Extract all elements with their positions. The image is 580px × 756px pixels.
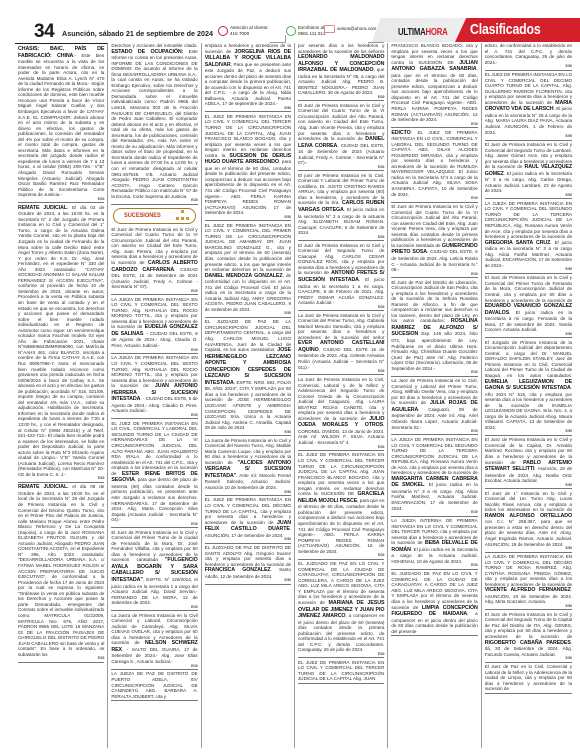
contact-label: Atención al cliente: [230, 25, 269, 30]
notice-code: E/30 [111, 349, 197, 352]
notice-subject: MARIANA DE JESUS OVELAR DE JIMENEZ Y JUA… [298, 600, 384, 619]
notice-subject: REMATE JUDICIAL. [18, 484, 68, 490]
notice-code: E/30 [485, 194, 572, 197]
whatsapp-contact: Escribinos al0981 111 013 [286, 25, 325, 36]
legal-notice: EDICTO: EL JUEZ DE PRIMERA INSTANCIA EN … [391, 130, 477, 203]
legal-notice: El Juez de Paz del Distrito de Liberació… [391, 280, 477, 377]
notice-subject: DANIEL MENDOZA GONZALEZ [205, 273, 283, 279]
notice-subject: PABLO ARTEMIO STEWART SELLITTI [485, 460, 572, 473]
notice-subject: EUMELIA LEGUIZAMON DE GAONA S/ SUCESIÓN … [485, 379, 572, 392]
notice-code: E/30 [205, 431, 291, 434]
legal-notice: EL JUZGADO DE PAZ EN LO CIVIL Y COMERCIA… [298, 561, 384, 658]
notice-subject: BEBA DELVALLE DE ROMÁN [391, 540, 477, 553]
column-2: Derechos y Acciones del inmueble citado.… [108, 43, 201, 748]
legal-notice: La Juez de Primera Instancia en lo Civil… [298, 377, 384, 451]
notice-subject: RAMON ALFONSO ORTELLADO [485, 513, 572, 519]
notice-code: E/30 [298, 306, 384, 309]
notice-subject: REMATE JUDICIAL [18, 205, 67, 211]
legal-notice: EL JUEZ DE PRIMERA INSTANCIA EN LO CIVIL… [111, 421, 197, 528]
notice-subject: ESTER IRENE BRITOS DE SEGOVIA [111, 471, 197, 484]
legal-notice: EL JUEZ DE PRIMERA INSTANCIA EN LO CIVIL… [298, 452, 384, 559]
notice-subject: GRACIELA NELIDA MOJOLI PESCE [298, 491, 384, 504]
legal-notice: El Juez de Paz en lo Civil, Comercial y … [485, 664, 572, 694]
notice-code: E/30 [485, 657, 572, 660]
notice-subject: GREGORIA SANTA CRUZ [485, 240, 551, 246]
notice-code: E/30 [205, 579, 291, 582]
legal-notice: EL JUZGADO DE PAZ DE LA CIRCUNSCRIPCIÓN … [205, 319, 291, 436]
classifieds-columns: CHASIS: BAIC, PAÍS DE FABRICACIÓ: CHINA.… [15, 43, 575, 748]
notice-subject: NELSON SCHWERZ REX [111, 640, 197, 653]
legal-notice: LA JUEZA DE PRIMERA INSTANCIA EN LO CIVI… [111, 355, 197, 419]
notice-code: E/30 [298, 554, 384, 557]
notice-subject: MARIA CROVATO VDA DE LARSCH [485, 100, 572, 113]
legal-notice: LA JUEZA DE PRIMERA INSTANCIA EN LO CIVI… [111, 297, 197, 354]
legal-notice: El Juez de Primera Instancia en lo Civil… [485, 142, 572, 199]
legal-notice: EL JUEZ DE PRIMERA INSTANCIA EN LO CIVIL… [205, 223, 291, 318]
notice-code: E/30 [111, 290, 197, 293]
notice-code: E/30 [485, 333, 572, 336]
notice-subject: RAUL VELAZQUEZ GOMEZ [485, 164, 572, 177]
notice-code: E/30 [391, 564, 477, 567]
page-number: 34 [34, 24, 54, 40]
legal-notice: EL JUZGADO DE PAZ DE DISTRITO DE SANTO A… [205, 545, 291, 585]
notice-code: E/30 [205, 107, 291, 110]
notice-code: E/30 [391, 430, 477, 433]
legal-notice: El Juez de 1° Instancia en lo Civil y Co… [485, 491, 572, 553]
legal-notice: El Juez de Primera Instancia en lo Civil… [111, 227, 197, 295]
page-header: 34 Asunción, sábado 21 de septiembre de … [0, 0, 580, 40]
notice-subject: ESTADO DE OCUPACIÓN: [111, 49, 183, 55]
notice-code: E/30 [18, 477, 104, 480]
notice-code: E/30 [485, 135, 572, 138]
notice-subject: JULIA ROJAS DE AGUILERA [391, 400, 477, 413]
notice-subject: RIGOBERTO CABAÑA PAREDES [485, 640, 571, 646]
phone-number[interactable]: 415 7000 [230, 31, 249, 36]
notice-code: E/30 [205, 216, 291, 219]
notice-subject: "ALCIDES ANTONIO VERGARA S/ SUCESION INT… [205, 460, 291, 479]
notice-code: E/30 [485, 430, 572, 433]
notice-code: E/30 [111, 606, 197, 609]
legal-notice: por sesenta días a los herederos y acree… [298, 43, 384, 101]
notice-code: E/30 [111, 665, 197, 668]
whatsapp-icon [286, 26, 296, 36]
legal-notice: LA JUEZA DE PAZ DE DISTRITO DE PUERTO AD… [111, 671, 197, 701]
legal-notice: Derechos y Acciones del inmueble citado.… [111, 43, 197, 205]
legal-notice: EL JUZGADO DE PAZ EN LO CIVIL Y COMERCIA… [391, 571, 477, 636]
notice-subject: JULIAN ANTONIO GABAZZA SANABRIA [391, 60, 477, 73]
legal-notice: EL JUEZ DE PRIMERA INSTANCIA EN LO CIVIL… [485, 72, 572, 140]
notice-code: E/30 [18, 657, 104, 660]
legal-notice: El Juez de Primera Instancia en lo Civil… [485, 275, 572, 338]
divider [270, 35, 286, 43]
column-1: CHASIS: BAIC, PAÍS DE FABRICACIÓ: CHINA.… [15, 43, 108, 748]
notice-subject: ANTONIO FRETES S/ SUCESIÓN INTESTADA [298, 270, 384, 283]
legal-notice: El juez de Primera Instancia en lo Civil… [298, 173, 384, 241]
notice-code: E/30 [391, 511, 477, 514]
notice-subject: VICENTE ALFREDO FERNANDEZ [485, 587, 571, 593]
notice-code: E/30 [298, 370, 384, 373]
legal-notice: CHASIS: BAIC, PAÍS DE FABRICACIÓ: CHINA.… [18, 46, 104, 203]
notice-subject: SUCESION DE DERLIS HUGO DUARTE ARREDONDO [205, 153, 291, 166]
notice-code: E/30 [391, 371, 477, 374]
legal-notice: LA JUEZA INTERINA DE PRIMERA INSTANCIA E… [391, 518, 477, 570]
legal-notice: EL JUEZ DE PRIMERA INSTANCIA EN LO CIVIL… [298, 660, 384, 684]
section-badge-sucesiones: SUCESIONES [113, 208, 195, 224]
notice-code: E/30 [485, 65, 572, 68]
notice-subject: JULIO OJEDA MORALES Y OTROS [298, 416, 384, 429]
email-icon [324, 25, 335, 33]
column-6: edicto, de conformidad a lo establecido … [482, 43, 575, 748]
legal-notice: REMATE JUDICIAL: El día 03 de Octubre de… [18, 205, 104, 483]
notice-subject: JORGELINA RIOS DE VILLALBA Y ROQUE VILLA… [205, 49, 291, 68]
email-address[interactable]: avisos@uhora.com.py [337, 26, 383, 31]
notice-code: E/30 [485, 484, 572, 487]
notice-subject: LIMPIA CONCEPCIÓN FIGUEREDO DE MAIDANA [391, 605, 477, 618]
notice-code: E/30 [111, 523, 197, 526]
notice-subject: EVER ANTONIO CASTELLANI AQUINO [298, 340, 384, 353]
newspaper-logo: ULTIMAHORA [398, 27, 448, 38]
notice-subject: GUMERCINDO PRIETO SOSA [391, 243, 477, 256]
legal-notice: El Juez de Primera Instancia en lo Civil… [391, 204, 477, 278]
notice-subject: CARLOS ALBERTO CARDOZO CAFFARENA [111, 260, 197, 273]
notice-subject: "FULGENCIO AYALA BOGARÍN Y SARA CABALLER… [111, 557, 197, 583]
phone-icon [218, 26, 228, 36]
legal-notice: emplaza a herederos y acreedores de la s… [205, 43, 291, 112]
notice-code: E/30 [391, 123, 477, 126]
notice-code: E/30 [485, 268, 572, 271]
notice-code: E/30 [111, 199, 197, 202]
notice-code: E/30 [391, 197, 477, 200]
column-4: por sesenta días a los herederos y acree… [295, 43, 388, 748]
legal-notice: LA JUEZA DE PRIMERA INSTANCIA EN LO CIVI… [391, 437, 477, 517]
legal-notice: El Juez de Primera Instancia en lo Civil… [485, 612, 572, 663]
legal-notice: La Juez de Primera Instancia en lo Civil… [391, 378, 477, 435]
legal-notice: El Juez de Primera Instancia en lo Civil… [298, 103, 384, 171]
notice-code: E/30 [205, 491, 291, 494]
legal-notice: La Juez de Primera Instancia en lo Civil… [298, 313, 384, 376]
notice-code: E/30 [298, 96, 384, 99]
notice-code: E/30 [18, 198, 104, 201]
notice-subject: JUAN ANTONIO HERRERA S/ SUCESION INTESTA… [111, 383, 197, 402]
notice-subject: FRANCISCA GONZALEZ [205, 567, 271, 573]
notice-code: E/30 [298, 446, 384, 449]
edition-date: Asunción, sábado 21 de septiembre de 202… [62, 29, 213, 38]
legal-notice: REMATE JUDICIAL. el día 08 de Octubre de… [18, 484, 104, 662]
notice-code: E/30 [111, 414, 197, 417]
notice-subject: JUAN FELIX CASTILLO DUARTE [205, 520, 291, 533]
notice-subject: EDICTO [391, 130, 410, 136]
notice-code: E/30 [298, 166, 384, 169]
notice-subject: ROSALINA RAMIREZ DE ALFONZO S/ SUCESION [391, 318, 477, 337]
notice-code: E/30 [485, 547, 572, 550]
notice-subject: DANIEL LEIVA CORREA [298, 136, 384, 149]
notice-subject: CARLOS RUBEN VARGAS ORTEGA [298, 200, 384, 213]
legal-notice: El Juzgado de Primera Instancia de la Ci… [485, 340, 572, 436]
notice-code: E/30 [205, 538, 291, 541]
legal-notice: FRANCISCO BLANCO BOGADO, cita y emplaza … [391, 43, 477, 128]
notice-subject: EUDELIA GONZALEZ DE SALINAS [111, 324, 197, 337]
legal-notice: La Jueza de Primera Instancia en lo Civi… [205, 438, 291, 496]
customer-service-contact: Atención al cliente:415 7000 [218, 25, 269, 36]
notice-subject: EDUARDO VENANCIO GONZALEZ DAVALOS [485, 303, 572, 316]
column-5: FRANCISCO BLANCO BOGADO, cita y emplaza … [388, 43, 481, 748]
legal-notice: La Jueza de Primera Instancia en lo Civi… [111, 613, 197, 670]
notice-code: E/30 [485, 605, 572, 608]
family-tree-icon [176, 210, 189, 221]
notice-subject: LEONARDO MALDONADO ALFONSO Y CONCEPCIÓN … [298, 54, 384, 73]
legal-notice: edicto, de conformidad a lo establecido … [485, 43, 572, 71]
notice-subject: CHASIS: BAIC, PAÍS DE FABRICACIÓ: CHINA [18, 46, 104, 59]
notice-code: E/30 [205, 312, 291, 315]
whatsapp-number[interactable]: 0981 111 013 [298, 31, 325, 36]
legal-notice: LA JUEZA DE PRIMERA INSTANCIA EN LO CIVI… [485, 554, 572, 610]
column-3: emplaza a herederos y acreedores de la s… [202, 43, 295, 748]
email-contact: avisos@uhora.com.py [324, 25, 383, 33]
section-title: Clasificados [470, 21, 540, 38]
badge-label: SUCESIONES [124, 212, 161, 219]
notice-subject: JOSE HERMENEGILDO LEZCANO APONTE Y AMBRO… [205, 347, 291, 386]
notice-subject: MARGARITA CARMEN CABRERA DE SMOKEL [391, 476, 477, 489]
notice-code: E/30 [298, 653, 384, 656]
notice-code: E/30 [391, 273, 477, 276]
legal-notice: EL JUEZ DE PRIMERA INSTANCIA EN LO CIVIL… [205, 497, 291, 543]
legal-notice: El Juez de Primera Instancia en lo Civil… [298, 243, 384, 311]
legal-notice: LA JUEZA DE PRIMERA INSTANCIA EN LO CIVI… [485, 201, 572, 274]
legal-notice: El Juez de Primera Instancia en lo Civil… [111, 530, 197, 612]
notice-code: E/30 [298, 236, 384, 239]
legal-notice: El Juez de Primera Instancia en lo Civil… [485, 437, 572, 489]
legal-notice: EL JUEZ DE PRIMERA INSTANCIA EN LO CIVIL… [205, 114, 291, 221]
contact-label: Escribinos al [298, 25, 324, 30]
